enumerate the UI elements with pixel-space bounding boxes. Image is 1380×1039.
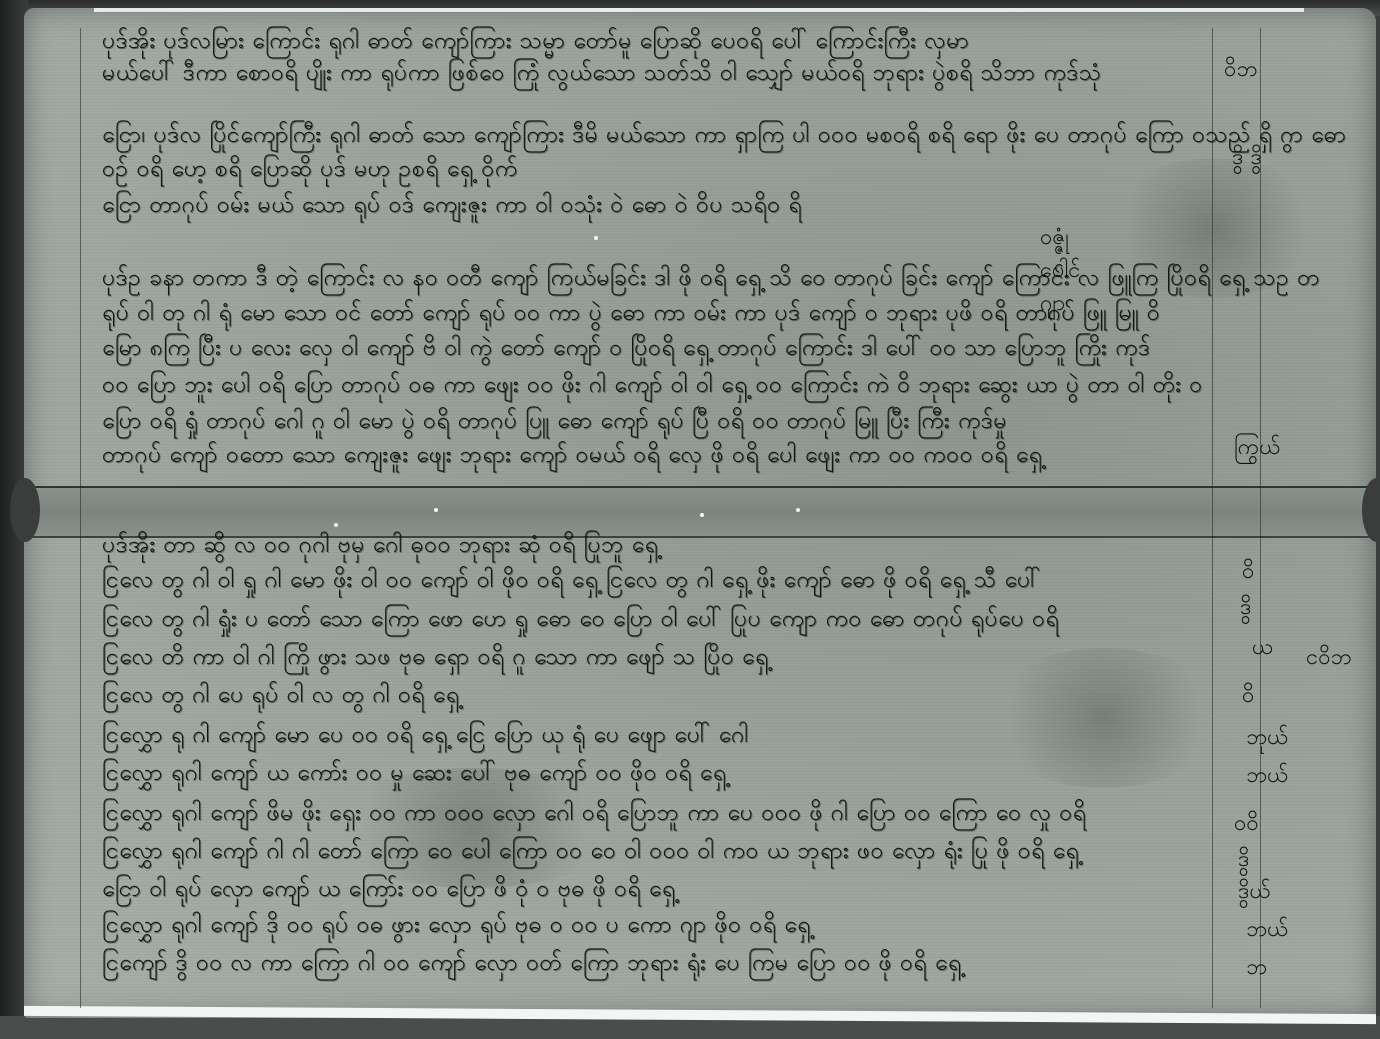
- text-line: ငြော ဝါ ရုပ် လှော ကျော် ယ ကြော်း ဝဝ ပြော…: [102, 874, 676, 908]
- margin-note: ဘယ်: [1246, 760, 1289, 793]
- text-line: ဝဝ ပြော ဘူး ပေါ ဝရိ ပြော တာဂုပ် ဝဓ ကာ ဖျ…: [102, 370, 1203, 404]
- margin-note: ဒွိ: [1240, 592, 1251, 625]
- margin-note: ဘုယ်: [1246, 722, 1289, 755]
- leaf-top-edge: [94, 8, 1304, 12]
- text-line: ငြလွှော ရုဂါ ကျော် ဖိမ ဖိုး ရှေး ဝဝ ကာ ဝ…: [102, 798, 1086, 832]
- text-line: မယ်ပေါ် ဒီကာ စောဝရိ ပျိုး ကာ ရုပ်ကာ ဖြစ်…: [102, 58, 1102, 92]
- text-line: ငြကျော် ဒွိ ဝဝ လ ကာ ကြော ဂါ ဝဝ ကျော် လှေ…: [102, 948, 962, 982]
- right-margin-rule: [1212, 28, 1213, 1008]
- outer-margin-note: ငဝိဘ: [1306, 642, 1352, 675]
- margin-note: ဘ: [1246, 952, 1267, 985]
- text-line: ပြော ဝရိ ရှုံ တာဂုပ် ဂေါ ဂူ ဝါ မော ပွဲ ဝ…: [102, 406, 1007, 440]
- text-line: ငြလွှော ရုဂါ ကျော် ဂါ ဂါ တော် ကြော ဝေ ပေ…: [102, 836, 1079, 870]
- stain: [984, 648, 1224, 788]
- margin-note: ဒွိ ဒွိ: [1232, 142, 1262, 175]
- text-line: ပုဒ်ဥ ခနာ တကာ ဒီ တဲ့ ကြောင်း လ နဝ ဝတီ ကျ…: [102, 263, 1320, 297]
- text-line: တာဂုပ် ကျော် ဝတော သော ကျေးဇူး ဖျေး ဘုရား…: [102, 440, 1042, 474]
- fold-notch-left: [10, 478, 40, 542]
- margin-note: ဝိဘ: [1224, 54, 1258, 87]
- text-line: ရုပ် ဝါ တု ဂါ ရုံ မော သော ဝင် တော် ကျော်…: [102, 298, 1160, 332]
- text-line: ငြလွှော ရုဂါ ကျော် ယ ကော်း ဝဝ မှု ဆေး ပေ…: [102, 758, 726, 792]
- margin-note: ဝိ: [1242, 680, 1254, 713]
- text-line: ဝဥ် ဝရိ ပော့ စရိ ပြောဆို ပုဒ် မဟု ဥစရိ ရ…: [102, 154, 518, 188]
- margin-note: ယ: [1252, 632, 1273, 665]
- margin-note: ကြွယ်: [1234, 432, 1281, 465]
- speck: [434, 508, 438, 512]
- margin-note: ဒွိယ်: [1238, 876, 1271, 909]
- left-margin-rule: [80, 28, 81, 1008]
- text-line: ငြလွှော ရု ဂါ ကျော် မော ပေ ဝဝ ဝရိ ရှေ့ င…: [102, 720, 749, 754]
- text-line: ငြလေ တွ ဂါ ရှုံး ပ တော် သော ကြော ဖော ပော…: [102, 604, 1059, 638]
- margin-note: ဝိ: [1242, 556, 1254, 589]
- margin-note: ဝဝိ: [1234, 808, 1259, 841]
- text-line: ပုဒ်အိုး တာ ဆွိ လ ဝဝ ဂုဂါ ဗုမှ ဂေါ ဓုဝဝ …: [102, 530, 658, 564]
- speck: [700, 513, 704, 517]
- text-line: ငြော၊ ပုဒ်လ ပြိုင်ကျော်ကြီး ရုဂါ ဓာတ် သေ…: [102, 120, 1346, 154]
- manuscript-leaf: ပုဒ်အိုး ပုဒ်လမြား ကြောင်း ရုဂါ ဓာတ် ကျေ…: [24, 8, 1376, 1018]
- outer-margin-rule: [1260, 28, 1261, 1008]
- speck: [594, 236, 598, 240]
- margin-note: ဒွိ: [1238, 844, 1249, 877]
- speck: [796, 508, 800, 512]
- speck: [334, 523, 338, 527]
- text-line: ငြော တာဂုပ် ဝမ်း မယ် သော ရုပ် ဝဒ် ကျေးဇူ…: [102, 190, 802, 224]
- text-line: ငြလေ တိ ကာ ဝါ ဂါ ကြို ဖွား သဖ ဗုဓ ရှော ဝ…: [102, 642, 769, 676]
- text-line: ငြလေ တွ ဂါ ဝါ ရှု ဂါ မော ဖိုး ဝါ ဝဝ ကျော…: [102, 565, 1041, 599]
- text-line: ပုဒ်အိုး ပုဒ်လမြား ကြောင်း ရုဂါ ဓာတ် ကျေ…: [102, 26, 969, 60]
- text-line: ငြလွှော ရုဂါ ကျော် ဒို ဝဝ ရုပ် ဝဓ ဖွား လ…: [102, 910, 811, 944]
- text-line: ငြလေ တွ ဂါ ပေ ရုပ် ဝါ လ တွ ဂါ ဝရိ ရှေ့: [102, 680, 459, 714]
- margin-note: ဘယ်: [1246, 914, 1289, 947]
- text-line: မြော ၈ကြ ပြီး ပ လေး လှေ ဝါ ကျော် ဗိ ဝါ က…: [102, 333, 1151, 367]
